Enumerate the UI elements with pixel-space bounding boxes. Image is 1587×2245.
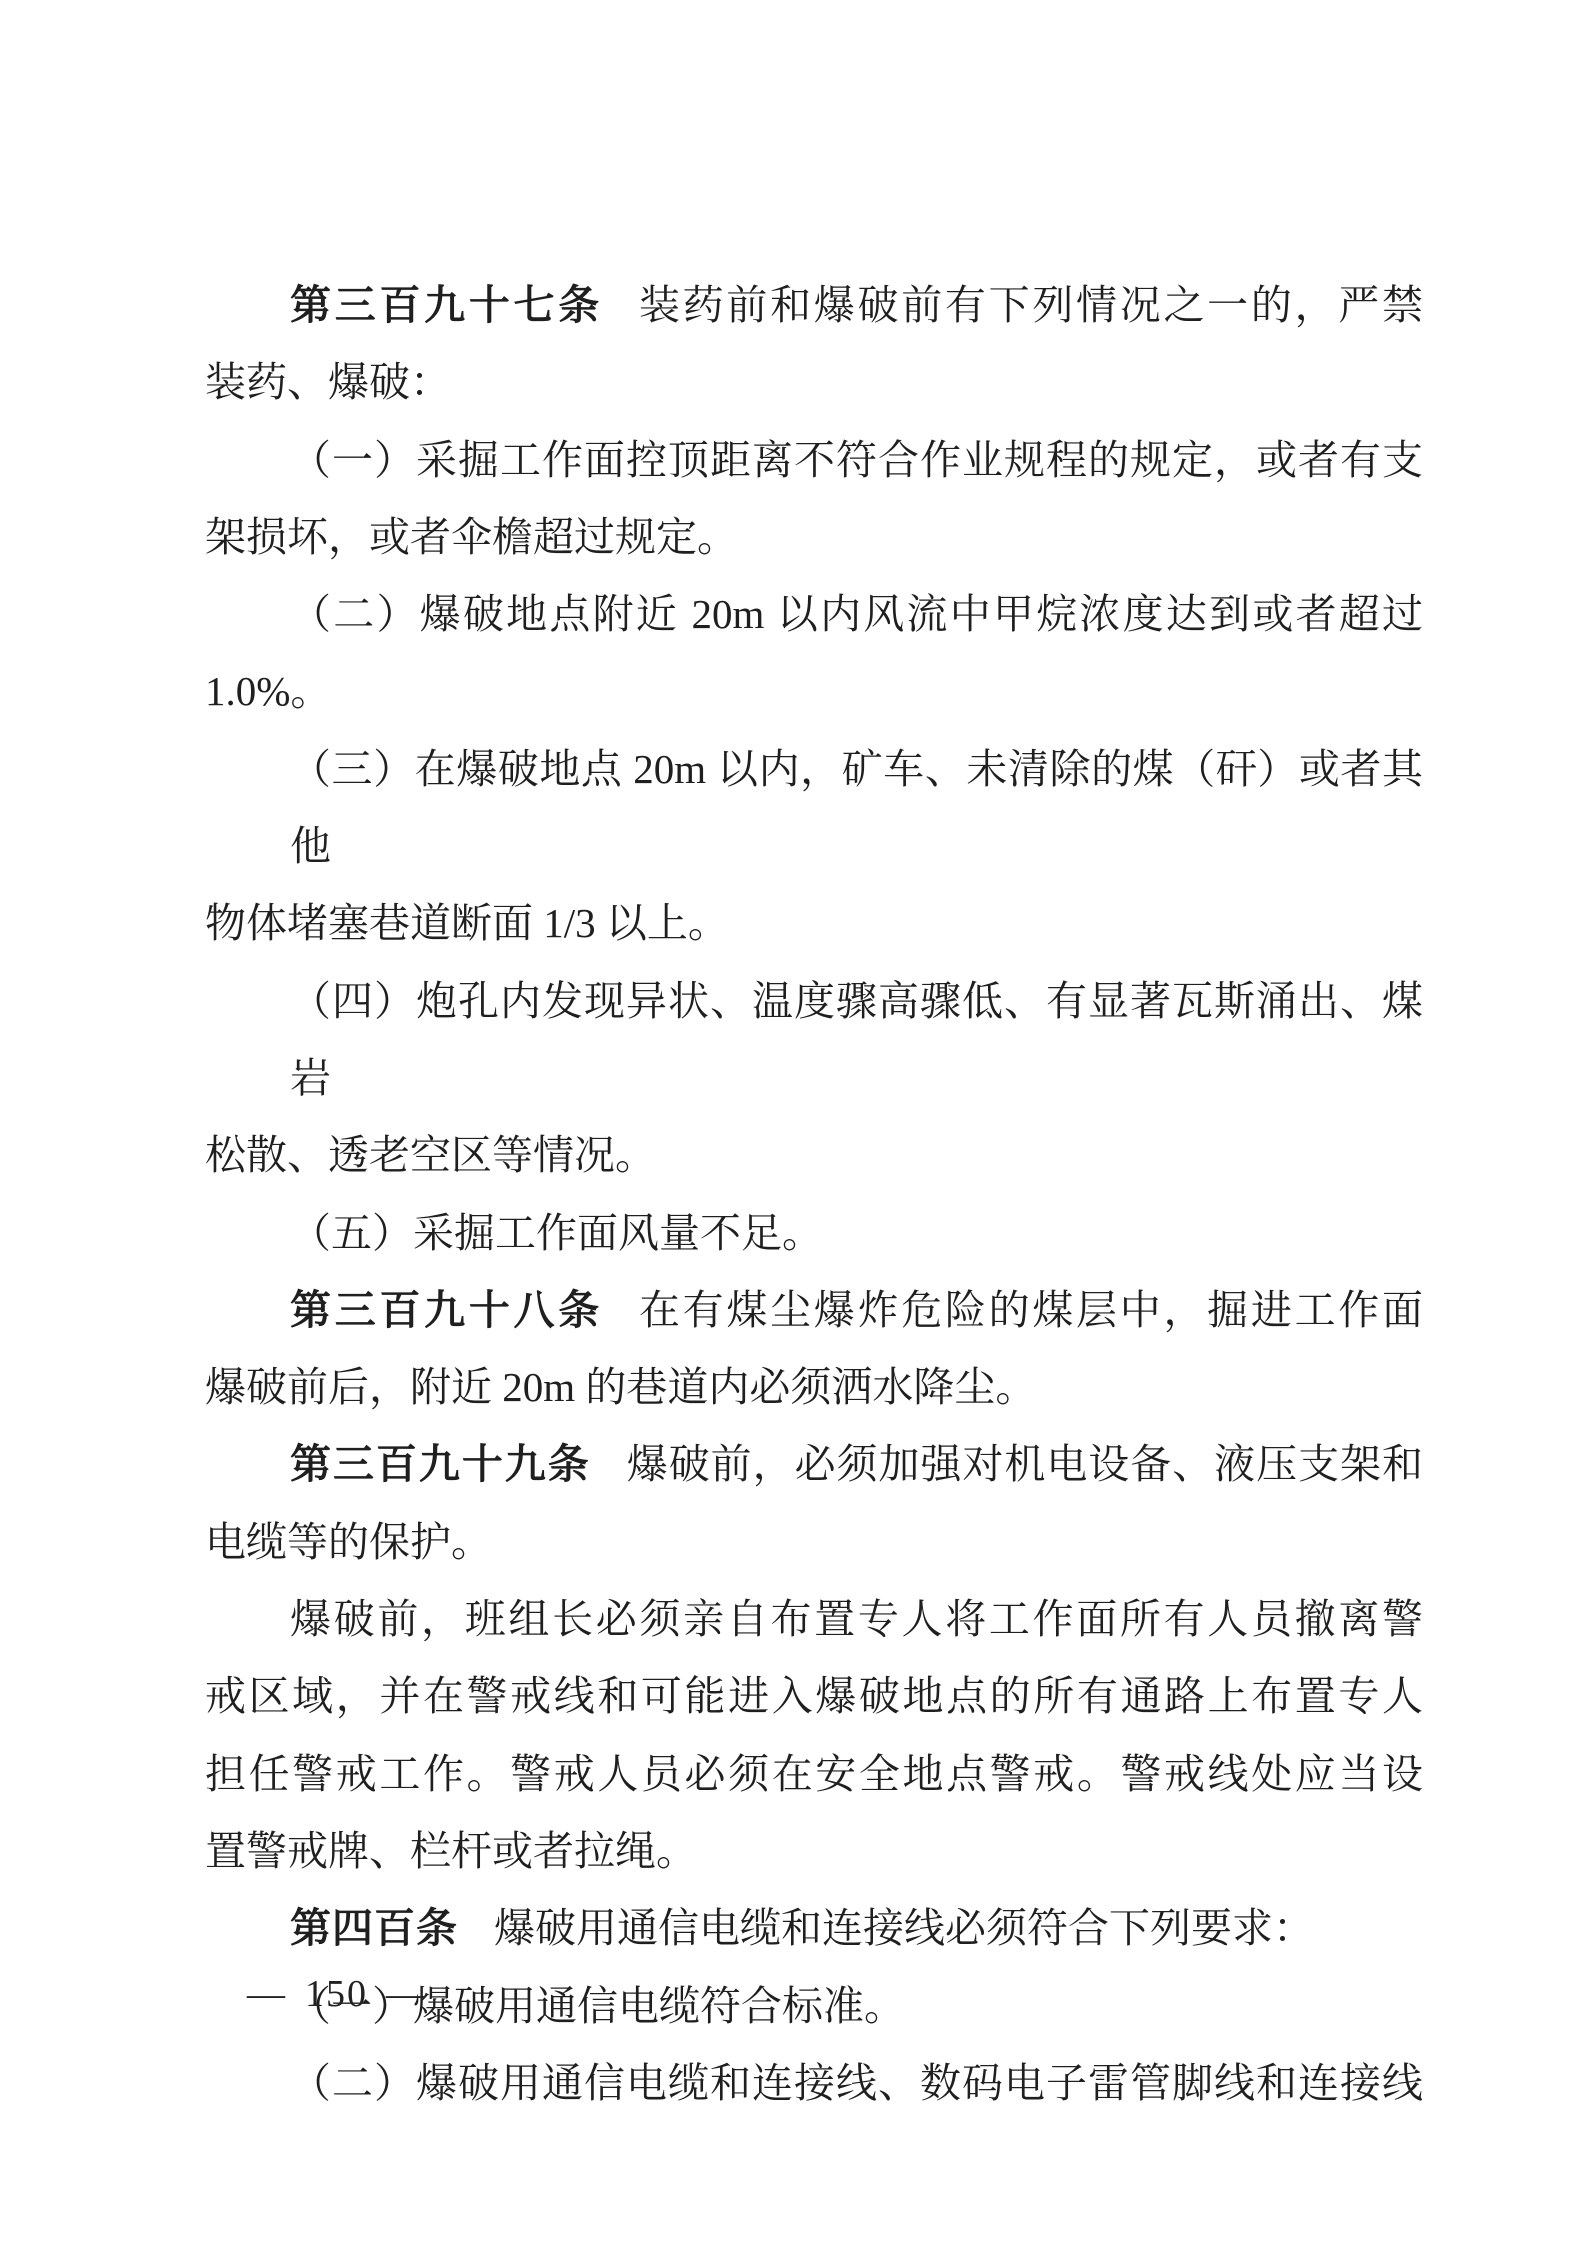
text-line: 架损坏，或者伞檐超过规定。: [205, 499, 1423, 576]
text-line: 戒区域，并在警戒线和可能进入爆破地点的所有通路上布置专人: [205, 1658, 1423, 1735]
text-line: 担任警戒工作。警戒人员必须在安全地点警戒。警戒线处应当设: [205, 1736, 1423, 1813]
text-line: 1.0%。: [205, 668, 331, 714]
text-line: 担任警戒工作。警戒人员必须在安全地点警戒。警戒线处应当设: [205, 1751, 1423, 1797]
text-line: （四）炮孔内发现异状、温度骤高骤低、有显著瓦斯涌出、煤岩: [290, 978, 1423, 1101]
text-line: 电缆等的保护。: [205, 1519, 492, 1565]
article-number-397: 第三百九十七条: [290, 282, 603, 328]
article-number-398: 第三百九十八条: [290, 1287, 603, 1333]
text-line: 装药、爆破：: [205, 344, 1423, 421]
text-line: 爆破前后，附近 20m 的巷道内必须洒水降尘。: [205, 1364, 1036, 1410]
text-line: （五）采掘工作面风量不足。: [290, 1210, 823, 1256]
text-line: 松散、透老空区等情况。: [205, 1117, 1423, 1194]
text-line: 装药、爆破：: [205, 359, 451, 405]
article-number-400: 第四百条: [290, 1905, 458, 1951]
list-item-line: （二）爆破用通信电缆和连接线、数码电子雷管脚线和连接线: [205, 2045, 1423, 2122]
text-line: （一）采掘工作面控顶距离不符合作业规程的规定，或者有支: [290, 437, 1423, 483]
article-heading-line: 第四百条爆破用通信电缆和连接线必须符合下列要求：: [205, 1890, 1423, 1967]
text-line: 松散、透老空区等情况。: [205, 1132, 656, 1178]
document-page: 第三百九十七条装药前和爆破前有下列情况之一的，严禁 装药、爆破： （一）采掘工作…: [0, 0, 1587, 2245]
article-heading-line: 第三百九十七条装药前和爆破前有下列情况之一的，严禁: [205, 267, 1423, 344]
text-line: 爆破前，必须加强对机电设备、液压支架和: [627, 1441, 1423, 1487]
text-line: 电缆等的保护。: [205, 1504, 1423, 1581]
text-block: 第三百九十七条装药前和爆破前有下列情况之一的，严禁 装药、爆破： （一）采掘工作…: [205, 267, 1423, 2122]
text-line: 在有煤尘爆炸危险的煤层中，掘进工作面: [639, 1287, 1423, 1333]
text-line: 爆破用通信电缆和连接线必须符合下列要求：: [494, 1905, 1314, 1951]
text-line: 架损坏，或者伞檐超过规定。: [205, 514, 738, 560]
text-line: 物体堵塞巷道断面 1/3 以上。: [205, 885, 1423, 962]
footer-left-dash: —: [247, 1972, 287, 2016]
text-line: 装药前和爆破前有下列情况之一的，严禁: [639, 282, 1423, 328]
text-line: 1.0%。: [205, 653, 1423, 730]
text-line: （二）爆破用通信电缆和连接线、数码电子雷管脚线和连接线: [290, 2060, 1423, 2106]
list-item-line: （三）在爆破地点 20m 以内，矿车、未清除的煤（矸）或者其他: [205, 731, 1423, 886]
list-item-line: （二）爆破地点附近 20m 以内风流中甲烷浓度达到或者超过: [205, 576, 1423, 653]
page-number: 150: [305, 1972, 368, 2016]
text-line: （三）在爆破地点 20m 以内，矿车、未清除的煤（矸）或者其他: [290, 746, 1423, 869]
text-line: 置警戒牌、栏杆或者拉绳。: [205, 1813, 1423, 1890]
text-line: 戒区域，并在警戒线和可能进入爆破地点的所有通路上布置专人: [205, 1673, 1423, 1719]
text-line: 物体堵塞巷道断面 1/3 以上。: [205, 900, 729, 946]
footer-right-dash: —: [386, 1972, 426, 2016]
article-number-399: 第三百九十九条: [290, 1441, 591, 1487]
text-line: 爆破前，班组长必须亲自布置专人将工作面所有人员撤离警: [290, 1596, 1423, 1642]
list-item-line: （四）炮孔内发现异状、温度骤高骤低、有显著瓦斯涌出、煤岩: [205, 963, 1423, 1118]
article-heading-line: 第三百九十九条爆破前，必须加强对机电设备、液压支架和: [205, 1426, 1423, 1503]
text-line: 爆破前，班组长必须亲自布置专人将工作面所有人员撤离警: [205, 1581, 1423, 1658]
page-footer: —150—: [247, 1972, 426, 2016]
list-item-line: （一）采掘工作面控顶距离不符合作业规程的规定，或者有支: [205, 422, 1423, 499]
article-heading-line: 第三百九十八条在有煤尘爆炸危险的煤层中，掘进工作面: [205, 1272, 1423, 1349]
text-line: 置警戒牌、栏杆或者拉绳。: [205, 1828, 697, 1874]
text-line: （二）爆破地点附近 20m 以内风流中甲烷浓度达到或者超过: [290, 591, 1423, 637]
text-line: 爆破前后，附近 20m 的巷道内必须洒水降尘。: [205, 1349, 1423, 1426]
list-item-line: （五）采掘工作面风量不足。: [205, 1195, 1423, 1272]
